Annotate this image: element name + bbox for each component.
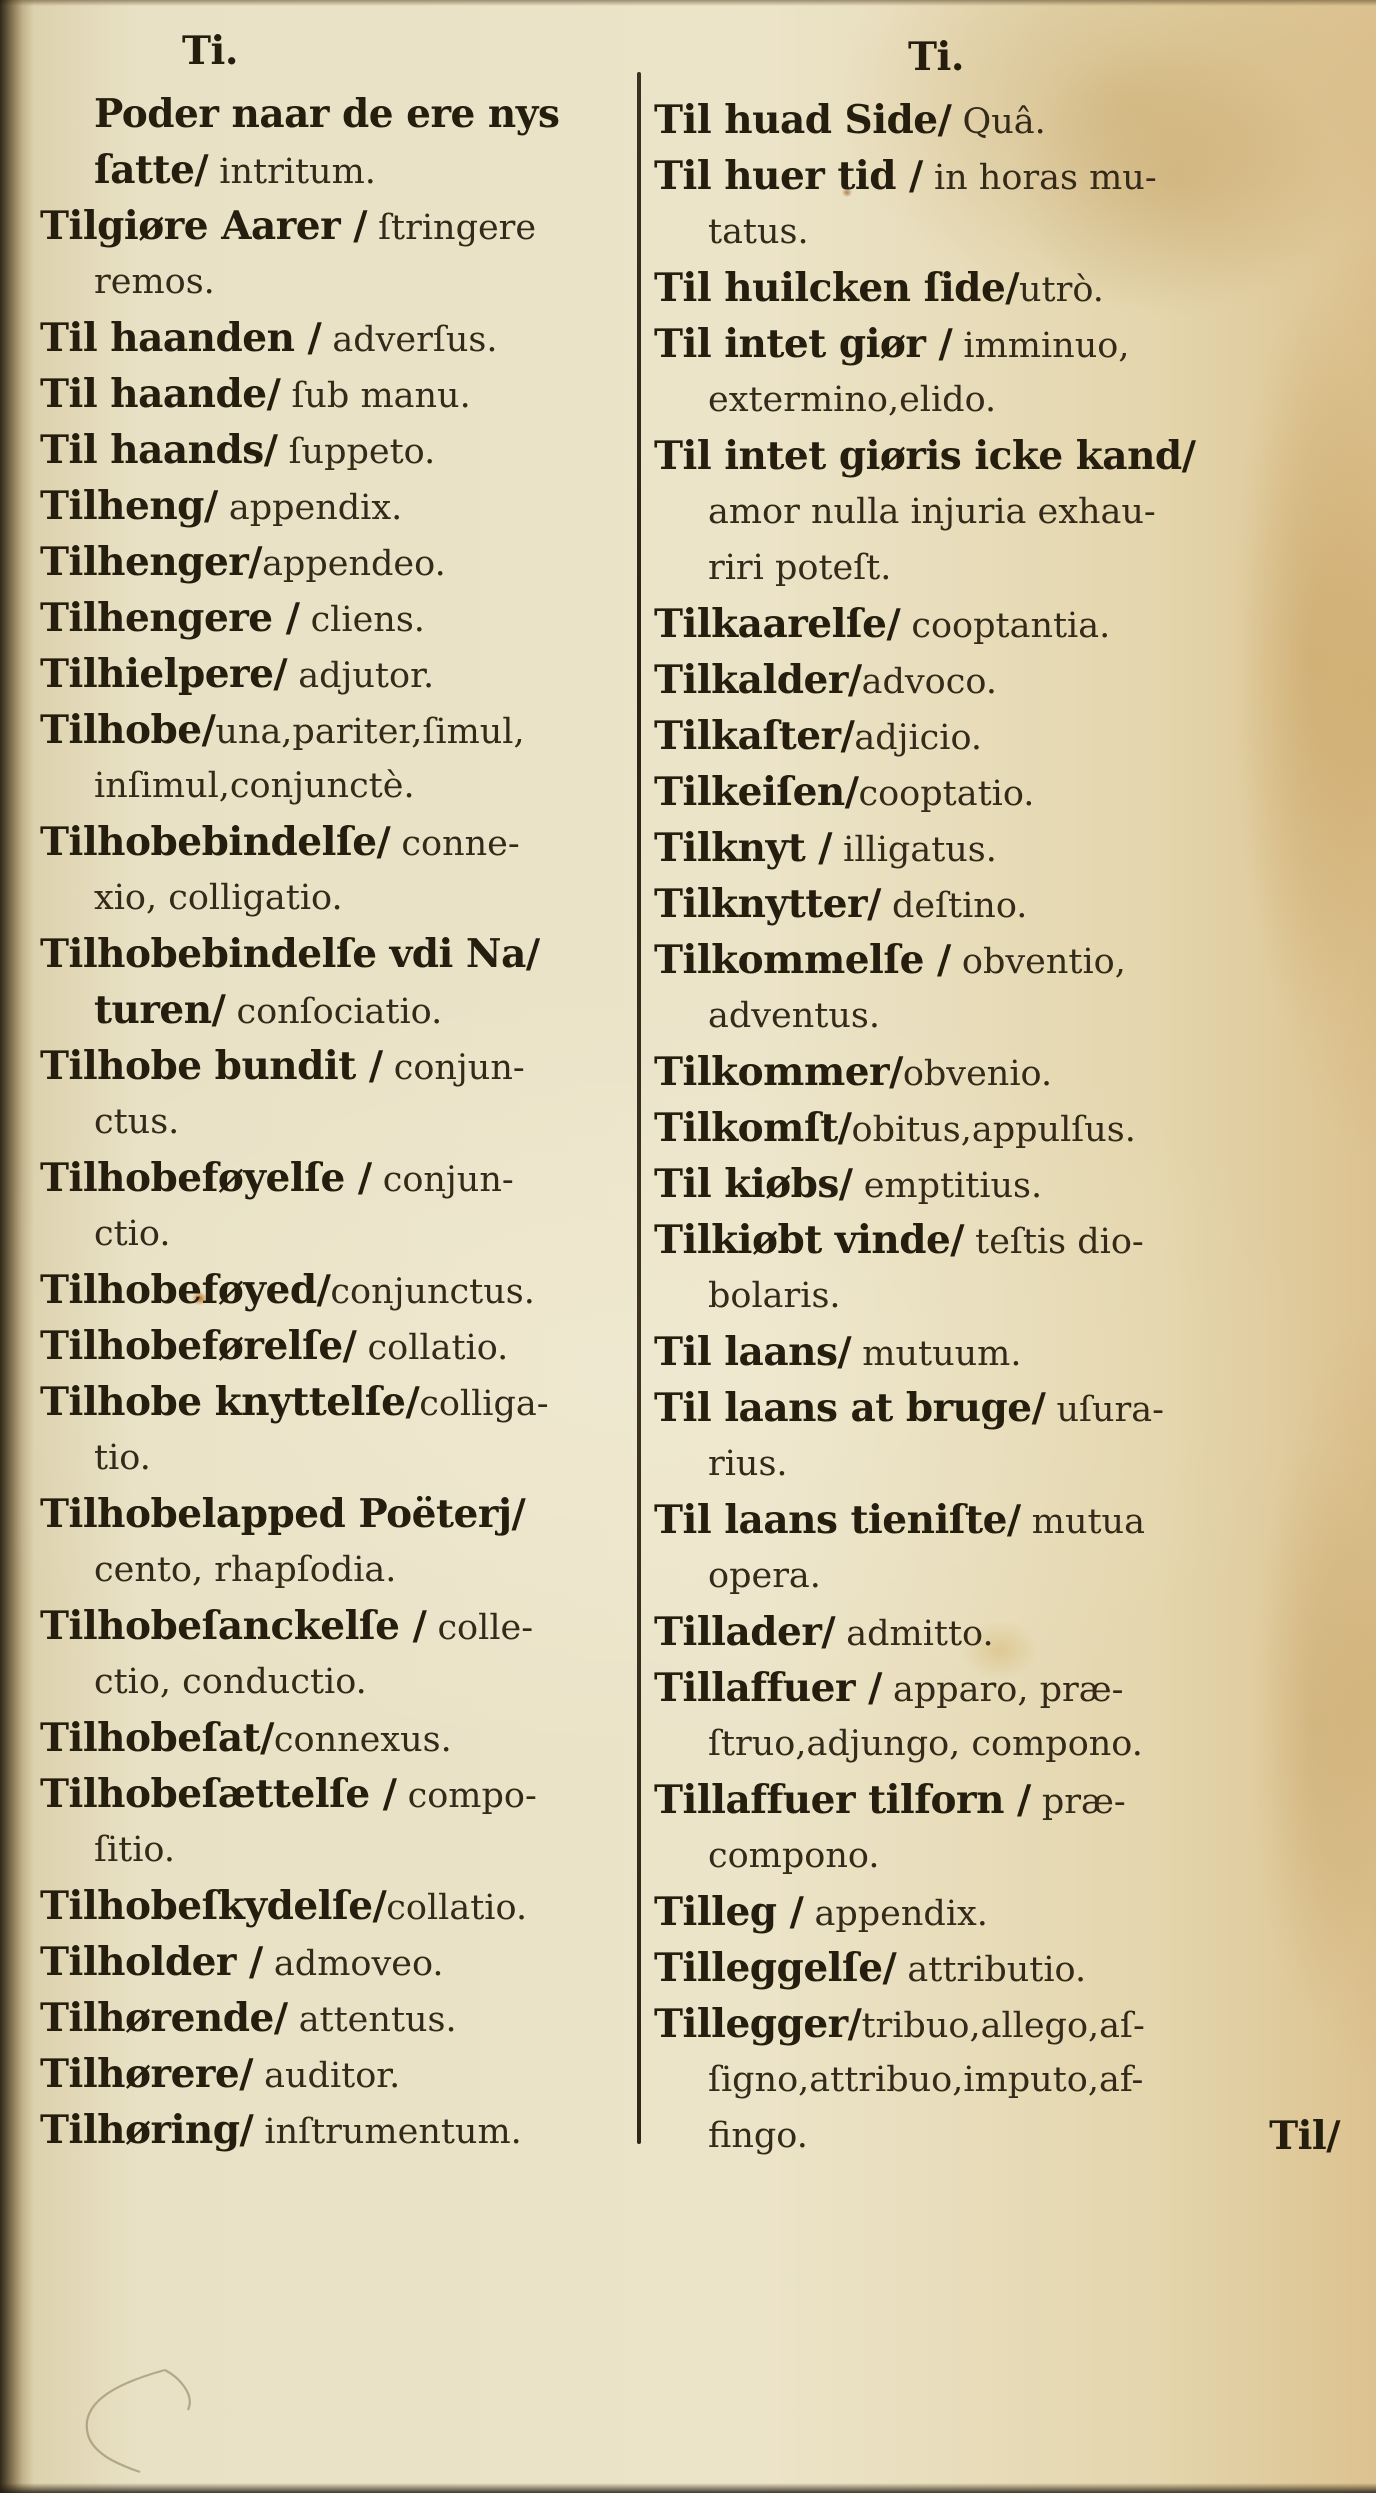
headword-text: Til haands/	[40, 427, 277, 473]
dictionary-line: Til haands/ ſuppeto.	[40, 422, 615, 478]
dictionary-line: amor nulla injuria exhau-	[654, 484, 1354, 540]
headword-text: Poder naar de ere nys	[94, 91, 559, 137]
headword-text: Tilkomſt/	[654, 1105, 852, 1151]
headword-text: Tilkeiſen/	[654, 769, 859, 815]
dictionary-line: Tilkiøbt vinde/ teſtis dio-	[654, 1212, 1354, 1268]
headword-text: Tilkalder/	[654, 657, 862, 703]
latin-gloss-text: conjunctus.	[330, 1272, 534, 1312]
dictionary-line: Tilhengere / cliens.	[40, 590, 615, 646]
headword-text: Til haanden /	[40, 315, 321, 361]
dictionary-line: Til kiøbs/ emptitius.	[654, 1156, 1354, 1212]
headword-text: Tilknyt /	[654, 825, 832, 871]
latin-gloss-text: conjun-	[372, 1160, 514, 1200]
latin-gloss-text: remos.	[94, 262, 215, 302]
dictionary-line: Tilhøring/ inſtrumentum.	[40, 2102, 615, 2158]
dictionary-line: Tilkalder/advoco.	[654, 652, 1354, 708]
dictionary-line: Tilhobeſættelſe / compo-	[40, 1766, 615, 1822]
headword-text: Tilholder /	[40, 1939, 263, 1985]
latin-gloss-text: adverſus.	[321, 320, 497, 360]
headword-text: Tilhobe bundit /	[40, 1043, 383, 1089]
headword-text: Til huer tid /	[654, 153, 923, 199]
latin-gloss-text: tio.	[94, 1438, 151, 1478]
dictionary-line: rius.	[654, 1436, 1354, 1492]
dictionary-line: Tilhobe knyttelſe/colliga-	[40, 1374, 615, 1430]
dictionary-line: Til haanden / adverſus.	[40, 310, 615, 366]
dictionary-line: Tilhielpere/ adjutor.	[40, 646, 615, 702]
dictionary-line: Til huer tid / in horas mu-	[654, 148, 1354, 204]
dictionary-line: ctio, conductio.	[40, 1654, 615, 1710]
latin-gloss-text: imminuo,	[952, 326, 1129, 366]
latin-gloss-text: collatio.	[356, 1328, 508, 1368]
headword-text: Tilhengere /	[40, 595, 299, 641]
latin-gloss-text: ctus.	[94, 1102, 179, 1142]
headword-text: turen/	[94, 987, 225, 1033]
dictionary-line: Tilhobeſkydelſe/collatio.	[40, 1878, 615, 1934]
dictionary-line: Tilhobeføyelſe / conjun-	[40, 1150, 615, 1206]
latin-gloss-text: tribuo,allego,aſ-	[861, 2006, 1144, 2046]
paper-fiber-mark	[70, 2350, 250, 2480]
dictionary-line: Tilhobeſanckelſe / colle-	[40, 1598, 615, 1654]
latin-gloss-text: rius.	[708, 1444, 788, 1484]
latin-gloss-text: adjicio.	[854, 718, 982, 758]
headword-text: Tilhobeføyelſe /	[40, 1155, 372, 1201]
latin-gloss-text: conjun-	[383, 1048, 525, 1088]
latin-gloss-text: ctio.	[94, 1214, 170, 1254]
headword-text: Til haande/	[40, 371, 280, 417]
dictionary-line: extermino,elido.	[654, 372, 1354, 428]
dictionary-line: tio.	[40, 1430, 615, 1486]
latin-gloss-text: una,pariter,ſimul,	[215, 712, 524, 752]
headword-text: Tilhørere/	[40, 2051, 253, 2097]
dictionary-line: Tilknyt / illigatus.	[654, 820, 1354, 876]
dictionary-line: turen/ conſociatio.	[40, 982, 615, 1038]
headword-text: Tilhobe knyttelſe/	[40, 1379, 419, 1425]
latin-gloss-text: apparo, præ-	[882, 1670, 1124, 1710]
dictionary-line: Tilkeiſen/cooptatio.	[654, 764, 1354, 820]
latin-gloss-text: ſtringere	[367, 208, 536, 248]
headword-text: Tillader/	[654, 1609, 835, 1655]
latin-gloss-text: opera.	[708, 1556, 821, 1596]
headword-text: Tilkaſter/	[654, 713, 854, 759]
latin-gloss-text: appendix.	[803, 1894, 988, 1934]
headword-text: Tilhobeſkydelſe/	[40, 1883, 386, 1929]
binding-gutter	[0, 0, 34, 2493]
column-divider-rule	[637, 72, 641, 2144]
latin-gloss-text: appendix.	[218, 488, 403, 528]
running-header-right: Ti.	[908, 34, 964, 80]
latin-gloss-text: ſub manu.	[280, 376, 470, 416]
dictionary-line: Tilhørende/ attentus.	[40, 1990, 615, 2046]
dictionary-line: inſimul,conjunctè.	[40, 758, 615, 814]
latin-gloss-text: mutua	[1021, 1502, 1145, 1542]
headword-text: Til laans/	[654, 1329, 851, 1375]
dictionary-line: ſtruo,adjungo, compono.	[654, 1716, 1354, 1772]
dictionary-line: Poder naar de ere nys	[40, 86, 615, 142]
headword-text: Tilhobeſættelſe /	[40, 1771, 396, 1817]
latin-gloss-text: ſtruo,adjungo, compono.	[708, 1724, 1143, 1764]
dictionary-line: Til haande/ ſub manu.	[40, 366, 615, 422]
latin-gloss-text: colliga-	[419, 1384, 548, 1424]
left-column: Poder naar de ere nysſatte/ intritum.Til…	[40, 86, 615, 2158]
latin-gloss-text: bolaris.	[708, 1276, 841, 1316]
dictionary-line: Tilkommer/obvenio.	[654, 1044, 1354, 1100]
headword-text: Tilhobeførelſe/	[40, 1323, 356, 1369]
latin-gloss-text: appendeo.	[262, 544, 446, 584]
dictionary-line: Tilhørere/ auditor.	[40, 2046, 615, 2102]
dictionary-line: Tillader/ admitto.	[654, 1604, 1354, 1660]
headword-text: Tilhørende/	[40, 1995, 288, 2041]
latin-gloss-text: auditor.	[253, 2056, 400, 2096]
headword-text: Tilhobelapped Poëterj/	[40, 1491, 525, 1537]
latin-gloss-text: præ-	[1031, 1782, 1126, 1822]
latin-gloss-text: riri poteſt.	[708, 548, 891, 588]
dictionary-line: Tillaffuer tilforn / præ-	[654, 1772, 1354, 1828]
latin-gloss-text: colle-	[426, 1608, 533, 1648]
dictionary-line: Tilkaſter/adjicio.	[654, 708, 1354, 764]
headword-text: Tilkommelſe /	[654, 937, 951, 983]
dictionary-line: ſitio.	[40, 1822, 615, 1878]
running-header-left: Ti.	[182, 28, 238, 74]
dictionary-line: Til laans tieniſte/ mutua	[654, 1492, 1354, 1548]
book-page-scan: Ti. Ti. Poder naar de ere nysſatte/ intr…	[0, 0, 1376, 2493]
dictionary-line: Til intet giøris icke kand/	[654, 428, 1354, 484]
catchword: Til/	[1269, 2108, 1340, 2164]
dictionary-line: Tilhobelapped Poëterj/	[40, 1486, 615, 1542]
dictionary-line: Tilheng/ appendix.	[40, 478, 615, 534]
headword-text: Tilhobeſanckelſe /	[40, 1603, 426, 1649]
latin-gloss-text: emptitius.	[853, 1166, 1043, 1206]
latin-gloss-text: tatus.	[708, 212, 809, 252]
latin-gloss-text: xio, colligatio.	[94, 878, 343, 918]
latin-gloss-text: fingo.	[708, 2116, 808, 2156]
latin-gloss-text: inſtrumentum.	[253, 2112, 522, 2152]
latin-gloss-text: connexus.	[274, 1720, 452, 1760]
dictionary-line: ctus.	[40, 1094, 615, 1150]
latin-gloss-text: intritum.	[208, 152, 376, 192]
headword-text: Tilhenger/	[40, 539, 262, 585]
latin-gloss-text: cooptantia.	[900, 606, 1110, 646]
dictionary-line: adventus.	[654, 988, 1354, 1044]
latin-gloss-text: obitus,appulſus.	[852, 1110, 1136, 1150]
headword-text: ſatte/	[94, 147, 208, 193]
headword-text: Tilkiøbt vinde/	[654, 1217, 964, 1263]
dictionary-line: Tillegger/tribuo,allego,aſ-	[654, 1996, 1354, 2052]
dictionary-line: ctio.	[40, 1206, 615, 1262]
headword-text: Tilknytter/	[654, 881, 881, 927]
dictionary-line: Tilkommelſe / obventio,	[654, 932, 1354, 988]
headword-text: Tilhobeſat/	[40, 1715, 274, 1761]
dictionary-line: Til huilcken ſide/utrò.	[654, 260, 1354, 316]
dictionary-line: Tilleggelſe/ attributio.	[654, 1940, 1354, 1996]
latin-gloss-text: mutuum.	[851, 1334, 1021, 1374]
dictionary-line: Tilhenger/appendeo.	[40, 534, 615, 590]
dictionary-line: Tilhobeføyed/conjunctus.	[40, 1262, 615, 1318]
dictionary-line: opera.	[654, 1548, 1354, 1604]
headword-text: Til laans tieniſte/	[654, 1497, 1021, 1543]
dictionary-line: Tilhobe/una,pariter,ſimul,	[40, 702, 615, 758]
dictionary-line: Tilhobeførelſe/ collatio.	[40, 1318, 615, 1374]
latin-gloss-text: illigatus.	[832, 830, 997, 870]
latin-gloss-text: obventio,	[951, 942, 1126, 982]
dictionary-line: Til laans at bruge/ uſura-	[654, 1380, 1354, 1436]
latin-gloss-text: inſimul,conjunctè.	[94, 766, 415, 806]
headword-text: Til laans at bruge/	[654, 1385, 1045, 1431]
headword-text: Tilgiøre Aarer /	[40, 203, 367, 249]
dictionary-line: xio, colligatio.	[40, 870, 615, 926]
dictionary-line: Tilhobe bundit / conjun-	[40, 1038, 615, 1094]
headword-text: Til intet giør /	[654, 321, 952, 367]
latin-gloss-text: compo-	[396, 1776, 536, 1816]
dictionary-line: Tilgiøre Aarer / ſtringere	[40, 198, 615, 254]
page-top-edge	[0, 0, 1376, 6]
latin-gloss-text: ſitio.	[94, 1830, 175, 1870]
headword-text: Til huad Side/	[654, 97, 951, 143]
headword-text: Tilleggelſe/	[654, 1945, 896, 1991]
latin-gloss-text: adventus.	[708, 996, 880, 1036]
headword-text: Tillaffuer tilforn /	[654, 1777, 1031, 1823]
headword-text: Tilhobebindelſe/	[40, 819, 390, 865]
headword-text: Tilheng/	[40, 483, 218, 529]
headword-text: Tillaffuer /	[654, 1665, 882, 1711]
dictionary-line: Tilkomſt/obitus,appulſus.	[654, 1100, 1354, 1156]
dictionary-line: remos.	[40, 254, 615, 310]
dictionary-line: ſigno,attribuo,imputo,af-	[654, 2052, 1354, 2108]
dictionary-line: Tilkaarelſe/ cooptantia.	[654, 596, 1354, 652]
headword-text: Tillegger/	[654, 2001, 861, 2047]
dictionary-line: Tilhobeſat/connexus.	[40, 1710, 615, 1766]
dictionary-line: Tilknytter/ deſtino.	[654, 876, 1354, 932]
dictionary-line: Til laans/ mutuum.	[654, 1324, 1354, 1380]
latin-gloss-text: cliens.	[299, 600, 424, 640]
latin-gloss-text: deſtino.	[881, 886, 1028, 926]
dictionary-line: Tilholder / admoveo.	[40, 1934, 615, 1990]
headword-text: Tilhielpere/	[40, 651, 287, 697]
latin-gloss-text: advoco.	[862, 662, 997, 702]
headword-text: Til kiøbs/	[654, 1161, 853, 1207]
latin-gloss-text: ſigno,attribuo,imputo,af-	[708, 2060, 1143, 2100]
page-bottom-edge	[0, 2483, 1376, 2493]
dictionary-line: Tilhobebindelſe/ conne-	[40, 814, 615, 870]
latin-gloss-text: compono.	[708, 1836, 879, 1876]
headword-text: Tilhobebindelſe vdi Na/	[40, 931, 540, 977]
headword-text: Tilhøring/	[40, 2107, 253, 2153]
dictionary-line: Til huad Side/ Quâ.	[654, 92, 1354, 148]
dictionary-line: Tillaffuer / apparo, præ-	[654, 1660, 1354, 1716]
headword-text: Til intet giøris icke kand/	[654, 433, 1195, 479]
latin-gloss-text: attributio.	[896, 1950, 1086, 1990]
headword-text: Tilhobe/	[40, 707, 215, 753]
latin-gloss-text: ſuppeto.	[277, 432, 435, 472]
latin-gloss-text: cooptatio.	[859, 774, 1035, 814]
latin-gloss-text: obvenio.	[903, 1054, 1052, 1094]
latin-gloss-text: teſtis dio-	[964, 1222, 1144, 1262]
latin-gloss-text: conſociatio.	[225, 992, 442, 1032]
dictionary-line: ſatte/ intritum.	[40, 142, 615, 198]
headword-text: Tilkaarelſe/	[654, 601, 900, 647]
latin-gloss-text: extermino,elido.	[708, 380, 996, 420]
right-column: Til huad Side/ Quâ.Til huer tid / in hor…	[654, 92, 1354, 2164]
dictionary-line: compono.	[654, 1828, 1354, 1884]
latin-gloss-text: uſura-	[1045, 1390, 1164, 1430]
latin-gloss-text: attentus.	[288, 2000, 457, 2040]
latin-gloss-text: admoveo.	[263, 1944, 444, 1984]
dictionary-line: Tilleg / appendix.	[654, 1884, 1354, 1940]
latin-gloss-text: conne-	[390, 824, 519, 864]
headword-text: Tilkommer/	[654, 1049, 903, 1095]
latin-gloss-text: amor nulla injuria exhau-	[708, 492, 1156, 532]
latin-gloss-text: cento, rhapſodia.	[94, 1550, 396, 1590]
latin-gloss-text: adjutor.	[287, 656, 434, 696]
dictionary-line: Tilhobebindelſe vdi Na/	[40, 926, 615, 982]
headword-text: Til huilcken ſide/	[654, 265, 1019, 311]
dictionary-line: bolaris.	[654, 1268, 1354, 1324]
latin-gloss-text: in horas mu-	[923, 158, 1157, 198]
latin-gloss-text: Quâ.	[951, 102, 1045, 142]
dictionary-line: riri poteſt.	[654, 540, 1354, 596]
latin-gloss-text: admitto.	[835, 1614, 994, 1654]
dictionary-line: Til intet giør / imminuo,	[654, 316, 1354, 372]
latin-gloss-text: collatio.	[386, 1888, 527, 1928]
latin-gloss-text: ctio, conductio.	[94, 1662, 367, 1702]
headword-text: Tilhobeføyed/	[40, 1267, 330, 1313]
headword-text: Tilleg /	[654, 1889, 803, 1935]
dictionary-line: fingo.Til/	[654, 2108, 1354, 2164]
dictionary-line: cento, rhapſodia.	[40, 1542, 615, 1598]
dictionary-line: tatus.	[654, 204, 1354, 260]
latin-gloss-text: utrò.	[1019, 270, 1104, 310]
